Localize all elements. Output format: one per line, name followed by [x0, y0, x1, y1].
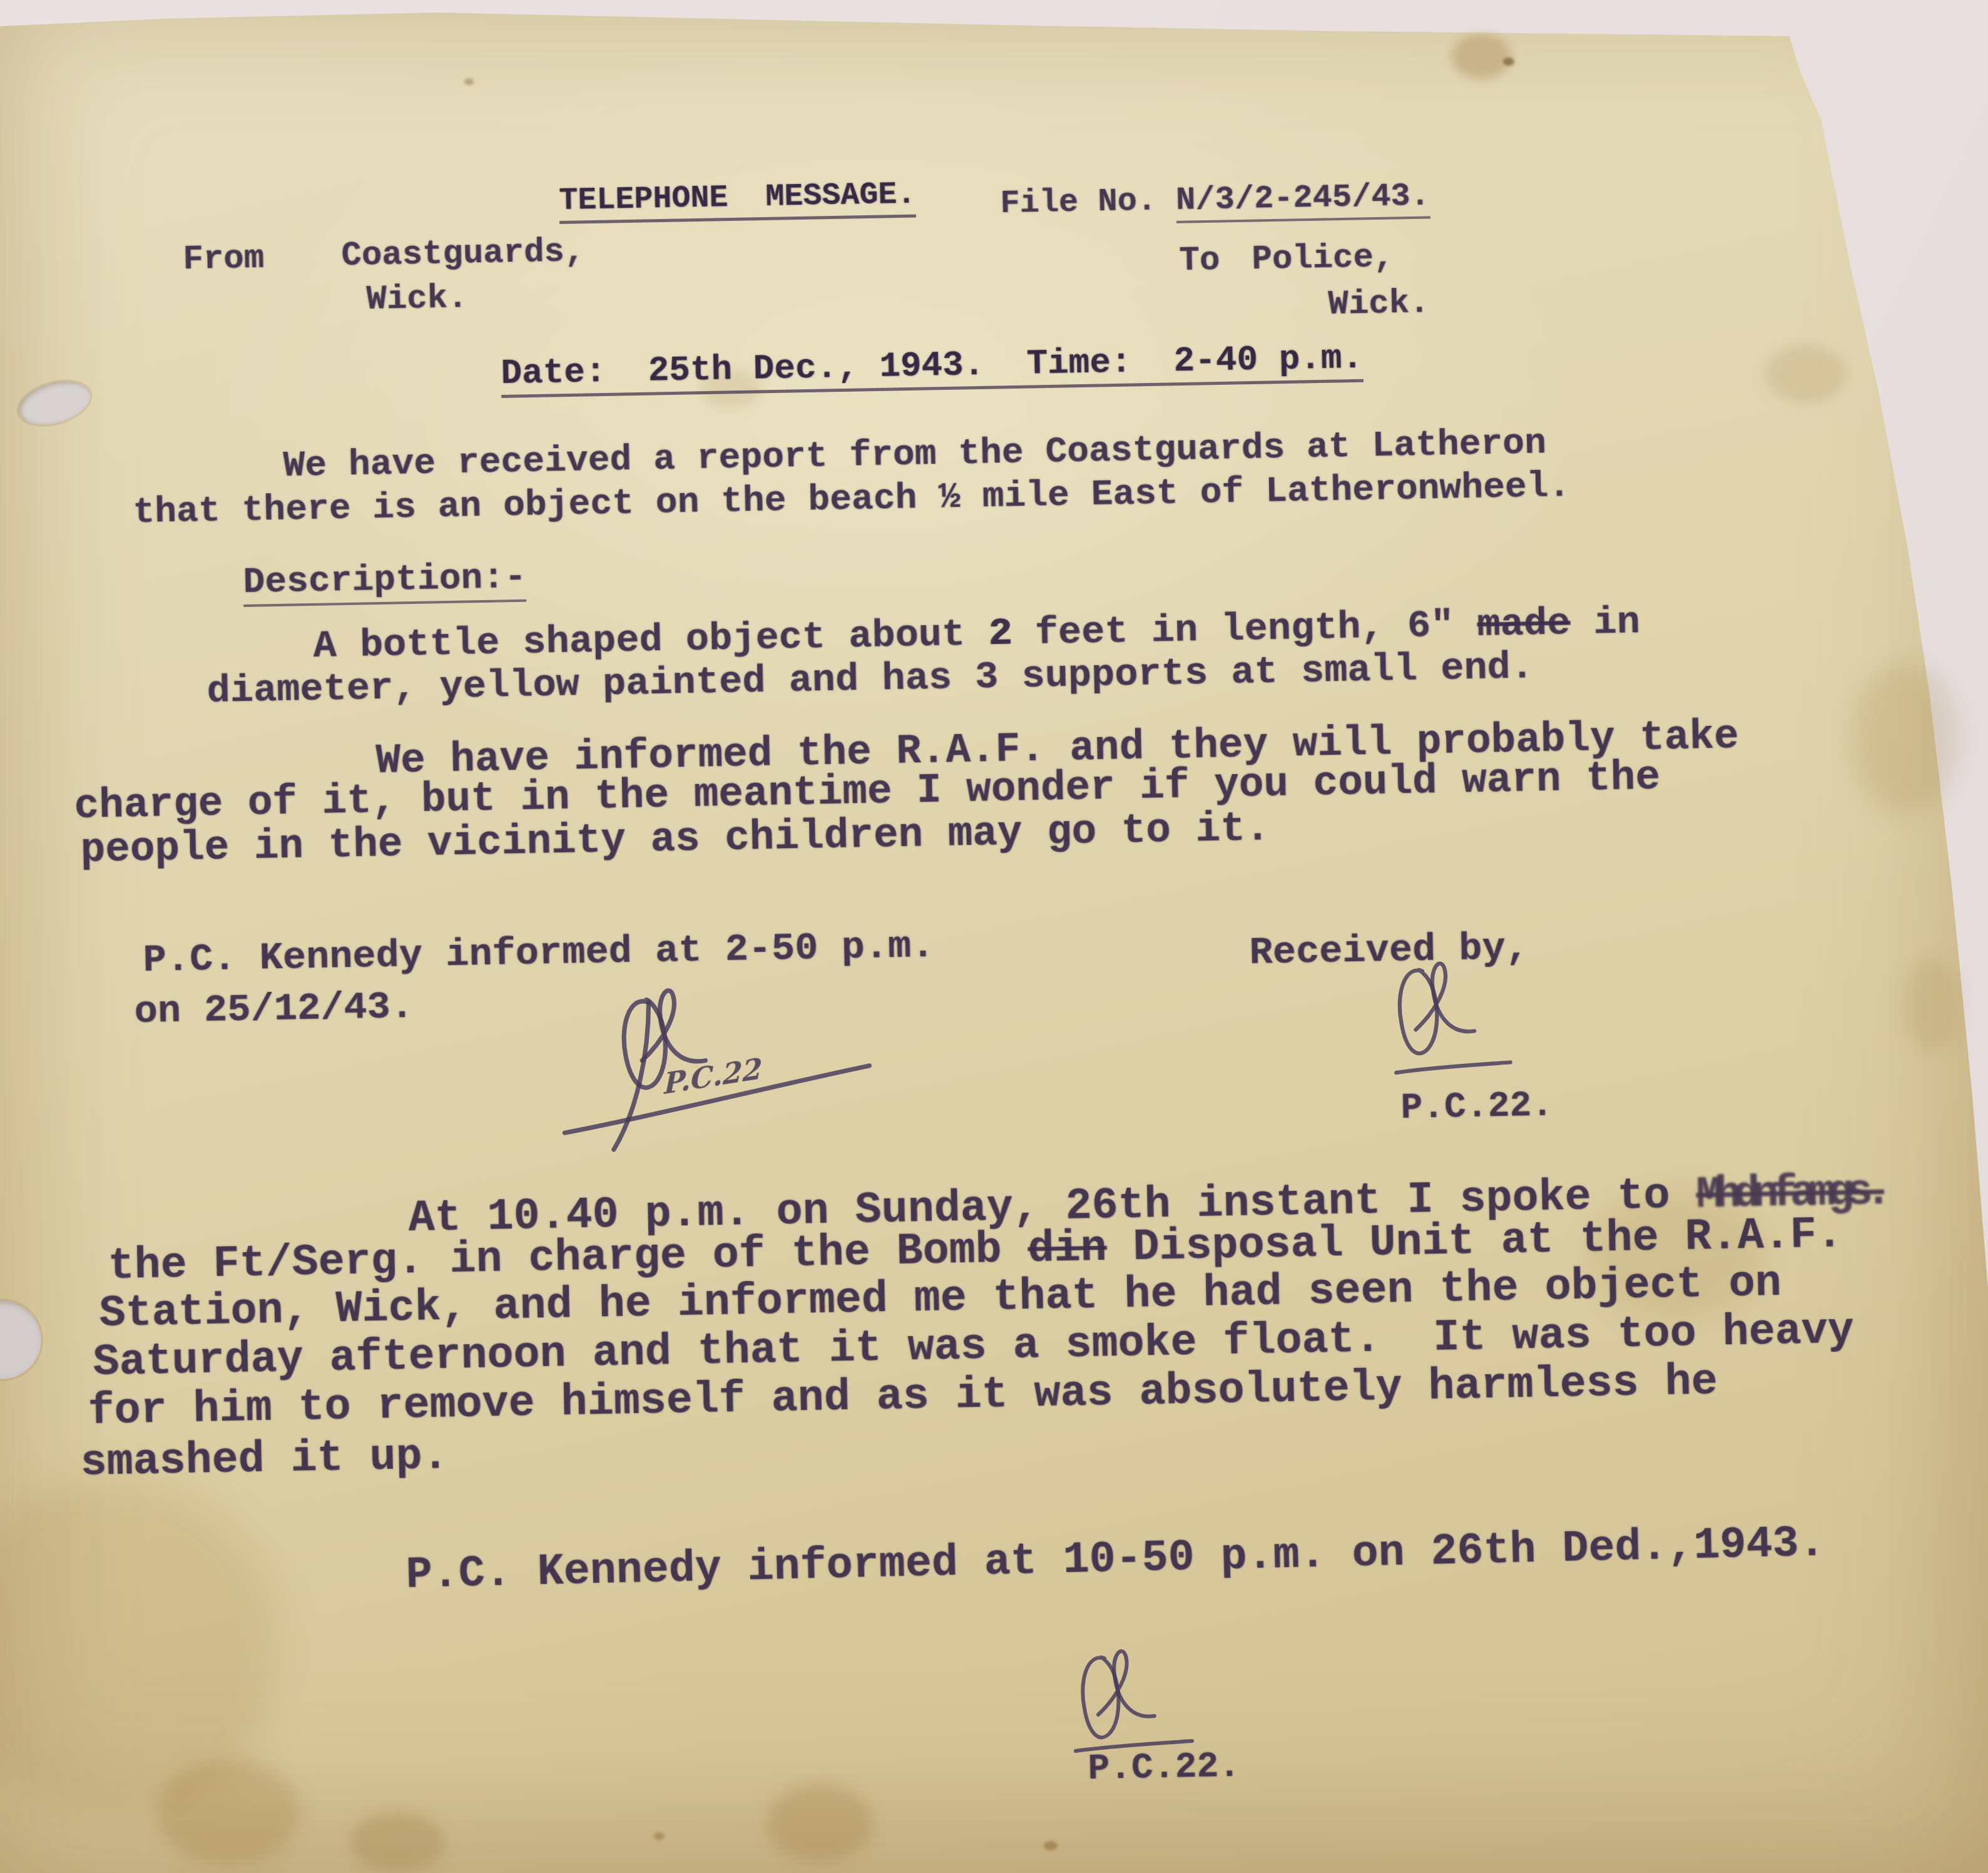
signature-right: [1377, 951, 1533, 1095]
stain: [156, 1758, 300, 1865]
struck-word: din: [1027, 1224, 1107, 1275]
photo-of-document: TELEPHONE MESSAGE. File No. N/3/2-245/43…: [0, 0, 1988, 1873]
from-label: From: [183, 242, 265, 278]
stain: [1852, 663, 1959, 814]
to-name: Police,: [1251, 240, 1394, 278]
document-title: TELEPHONE MESSAGE.: [559, 179, 916, 224]
from-place: Wick.: [366, 281, 468, 319]
struck-word: made: [1477, 601, 1571, 647]
file-number-label: File No.: [1000, 182, 1176, 222]
stain: [464, 78, 474, 85]
stain: [1452, 34, 1511, 79]
file-number-value: N/3/2-245/43.: [1176, 177, 1430, 223]
stain: [654, 1832, 665, 1840]
to-place: Wick.: [1328, 286, 1430, 324]
stain: [1765, 344, 1846, 404]
stain: [350, 1812, 444, 1871]
to-label: To: [1179, 243, 1220, 280]
description-heading: Description:-: [243, 559, 527, 607]
officer-id-bottom: P.C.22.: [1088, 1748, 1241, 1789]
stain: [1503, 58, 1514, 66]
officer-id-right: P.C.22.: [1400, 1088, 1554, 1128]
from-name: Coastguards,: [341, 235, 585, 275]
message2-line6: smashed it up.: [80, 1434, 449, 1486]
stain: [1044, 1841, 1058, 1850]
stain: [1902, 957, 1959, 1051]
file-number-line: File No. N/3/2-245/43.: [1000, 179, 1430, 221]
stain: [767, 1784, 873, 1862]
ack1-line2: on 25/12/43.: [134, 986, 414, 1032]
description-line1-text: in: [1570, 600, 1641, 645]
overtyped-number: 2: [988, 611, 1012, 656]
